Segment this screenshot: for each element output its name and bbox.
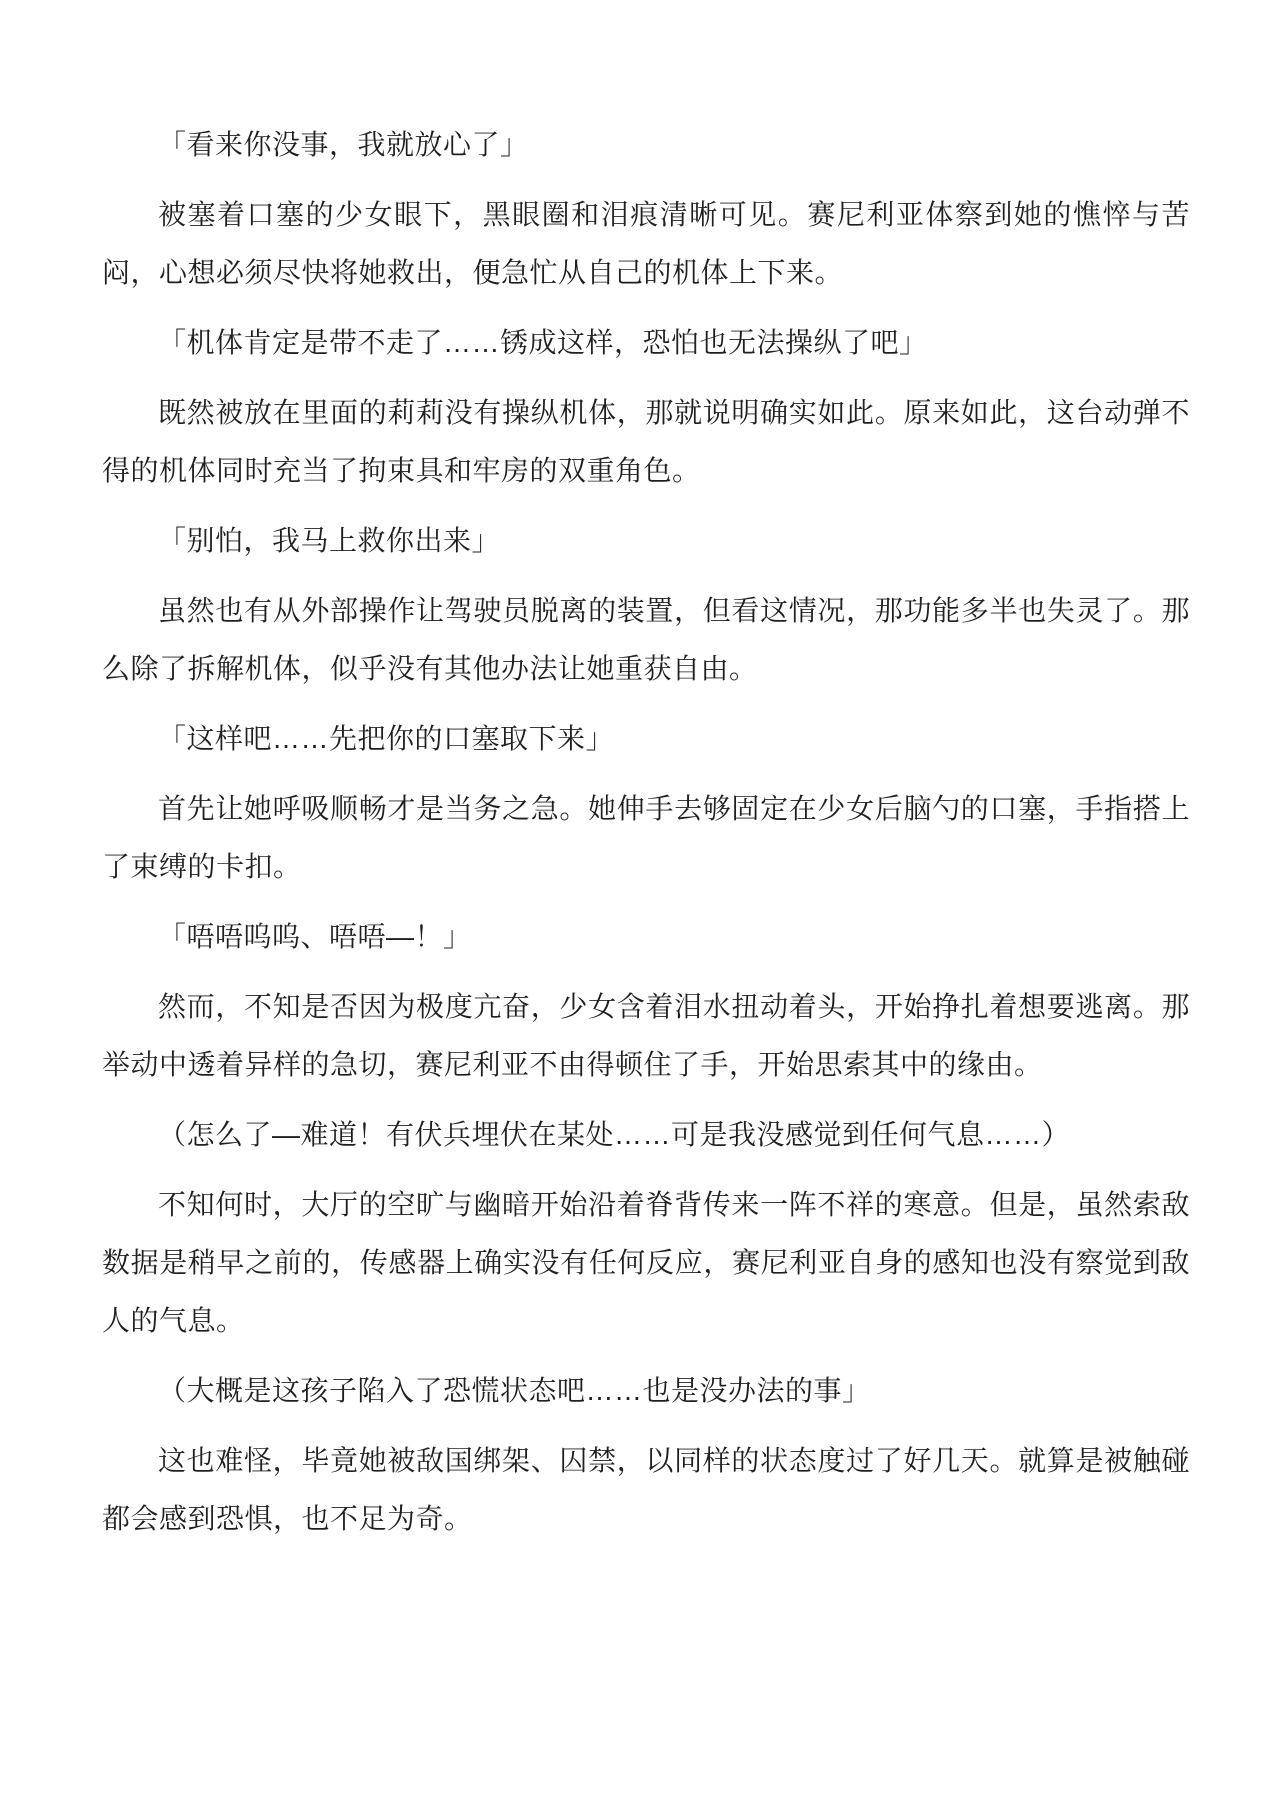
paragraph-dialogue: 「别怕，我马上救你出来」	[102, 512, 1190, 570]
paragraph-dialogue: 「唔唔呜呜、唔唔—！」	[102, 908, 1190, 966]
paragraph-narration: 不知何时，大厅的空旷与幽暗开始沿着脊背传来一阵不祥的寒意。但是，虽然索敌数据是稍…	[102, 1176, 1190, 1350]
paragraph-narration: 被塞着口塞的少女眼下，黑眼圈和泪痕清晰可见。赛尼利亚体察到她的憔悴与苦闷，心想必…	[102, 186, 1190, 302]
paragraph-inner-monologue: （大概是这孩子陷入了恐慌状态吧……也是没办法的事」	[102, 1362, 1190, 1420]
paragraph-narration: 虽然也有从外部操作让驾驶员脱离的装置，但看这情况，那功能多半也失灵了。那么除了拆…	[102, 582, 1190, 698]
paragraph-narration: 首先让她呼吸顺畅才是当务之急。她伸手去够固定在少女后脑勺的口塞，手指搭上了束缚的…	[102, 780, 1190, 896]
paragraph-narration: 然而，不知是否因为极度亢奋，少女含着泪水扭动着头，开始挣扎着想要逃离。那举动中透…	[102, 978, 1190, 1094]
paragraph-narration: 既然被放在里面的莉莉没有操纵机体，那就说明确实如此。原来如此，这台动弹不得的机体…	[102, 384, 1190, 500]
paragraph-dialogue: 「这样吧……先把你的口塞取下来」	[102, 710, 1190, 768]
paragraph-inner-monologue: （怎么了—难道！有伏兵埋伏在某处……可是我没感觉到任何气息……）	[102, 1106, 1190, 1164]
paragraph-narration: 这也难怪，毕竟她被敌国绑架、囚禁，以同样的状态度过了好几天。就算是被触碰都会感到…	[102, 1432, 1190, 1548]
novel-page: 「看来你没事，我就放心了」 被塞着口塞的少女眼下，黑眼圈和泪痕清晰可见。赛尼利亚…	[0, 0, 1280, 1810]
text-content: 「看来你没事，我就放心了」 被塞着口塞的少女眼下，黑眼圈和泪痕清晰可见。赛尼利亚…	[102, 116, 1190, 1548]
paragraph-dialogue: 「机体肯定是带不走了……锈成这样，恐怕也无法操纵了吧」	[102, 314, 1190, 372]
paragraph-dialogue: 「看来你没事，我就放心了」	[102, 116, 1190, 174]
